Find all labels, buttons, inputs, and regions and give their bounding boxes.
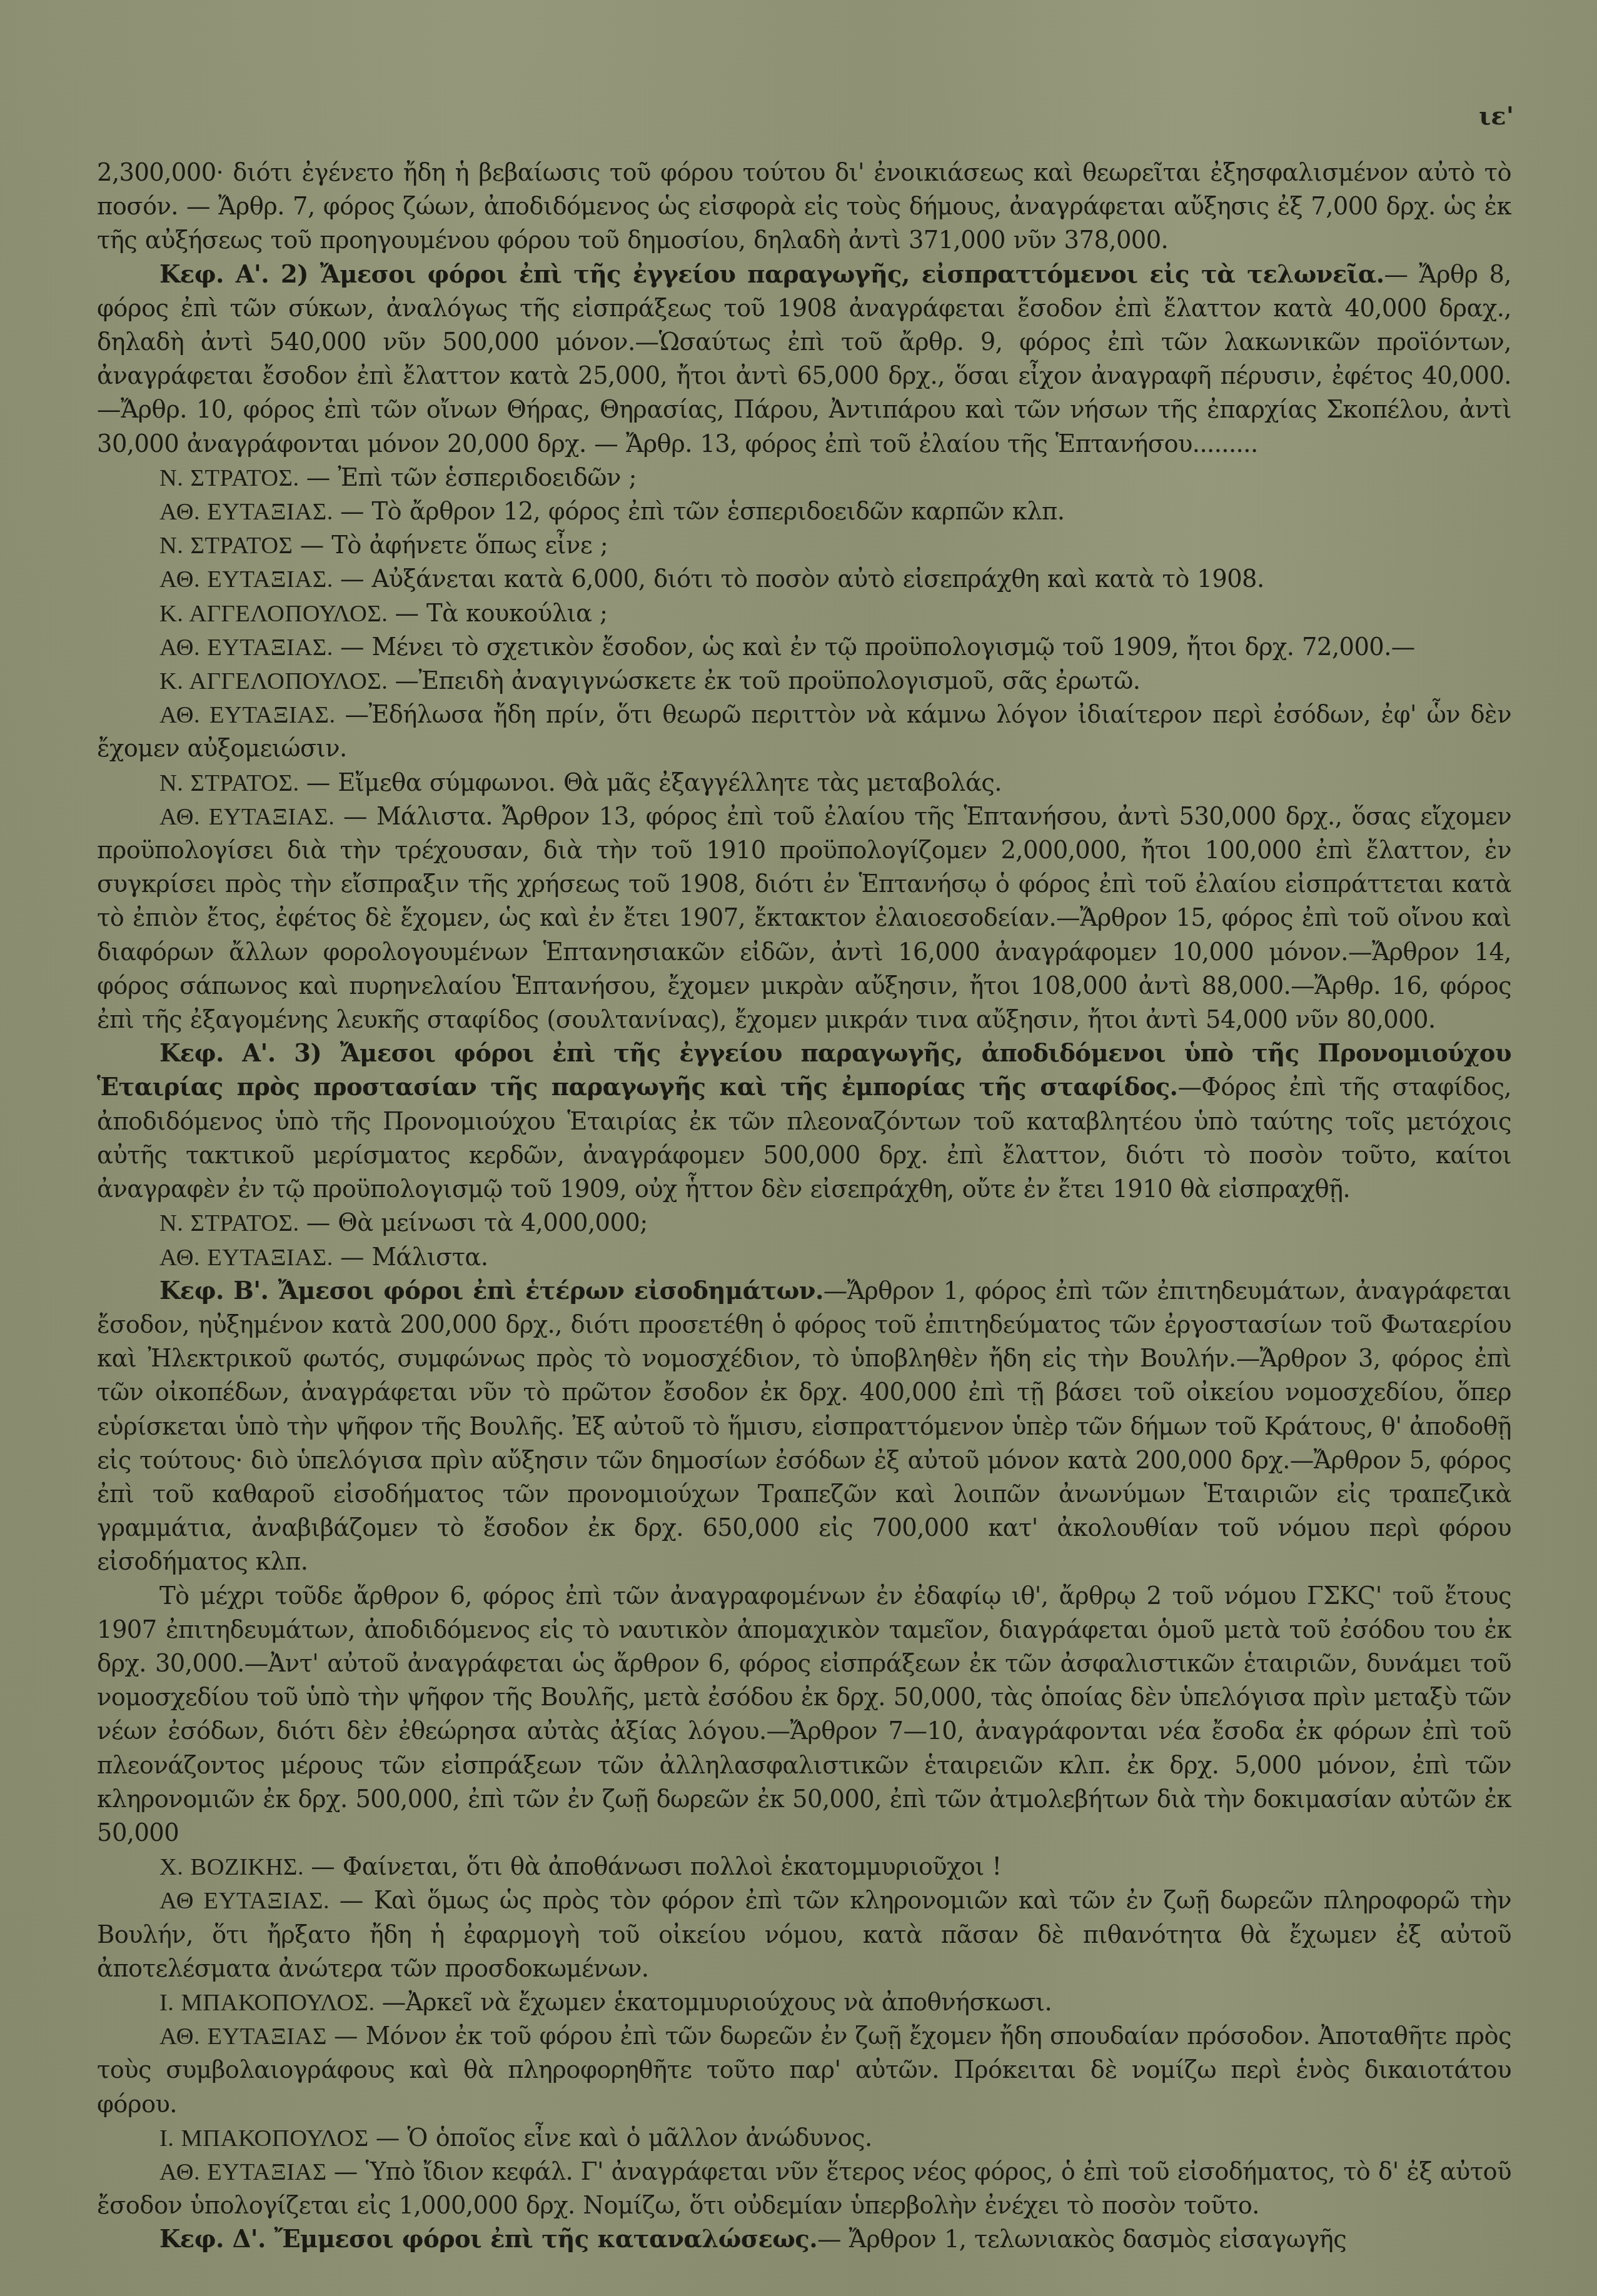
speech-paragraph: ΑΘ. ΕΥΤΑΞΙΑΣ — Μόνον ἐκ τοῦ φόρου ἐπὶ τῶ… [97,2020,1511,2122]
speech-paragraph: ΑΘ. ΕΥΤΑΞΙΑΣ. — Μάλιστα. [97,1241,1511,1275]
speech-text: — Τὸ ἄρθρον 12, φόρος ἐπὶ τῶν ἑσπεριδοει… [340,498,1065,526]
speech-text: — Ὁ ὁποῖος εἶνε καὶ ὁ μᾶλλον ἀνώδυνος. [376,2124,872,2152]
section-heading: Κεφ. Α'. 2) Ἄμεσοι φόροι ἐπὶ τῆς ἐγγείου… [159,261,1384,289]
section-paragraph: Κεφ. Β'. Ἄμεσοι φόροι ἐπὶ ἑτέρων εἰσοδημ… [97,1275,1511,1580]
speech-text: —Ἀρκεῖ νὰ ἔχωμεν ἑκατομμυριούχους νὰ ἀπο… [382,1988,1052,2017]
speech-paragraph: ΑΘ. ΕΥΤΑΞΙΑΣ. — Μένει τὸ σχετικὸν ἔσοδον… [97,631,1511,664]
speech-paragraph: Ν. ΣΤΡΑΤΟΣ. — Θὰ μείνωσι τὰ 4,000,000; [97,1206,1511,1240]
speaker-name: ΑΘ ΕΥΤΑΞΙΑΣ. [159,1888,340,1914]
speech-paragraph: Ν. ΣΤΡΑΤΟΣ. — Ἐπὶ τῶν ἑσπεριδοειδῶν ; [97,461,1511,495]
speech-paragraph: ΑΘ ΕΥΤΑΞΙΑΣ. — Καὶ ὅμως ὡς πρὸς τὸν φόρο… [97,1884,1511,1986]
speaker-name: Ι. ΜΠΑΚΟΠΟΥΛΟΣ. [159,1990,382,2016]
section-heading: Κεφ. Β'. Ἄμεσοι φόροι ἐπὶ ἑτέρων εἰσοδημ… [159,1277,824,1305]
speaker-name: Ν. ΣΤΡΑΤΟΣ. [159,1210,306,1236]
section-text: — Ἄρθρ 8, φόρος ἐπὶ τῶν σύκων, ἀναλόγως … [97,261,1511,458]
speaker-name: ΑΘ. ΕΥΤΑΞΙΑΣ [159,2159,334,2185]
speech-text: — Εἴμεθα σύμφωνοι. Θὰ μᾶς ἐξαγγέλλητε τὰ… [306,769,1002,797]
speech-text: — Ἐπὶ τῶν ἑσπεριδοειδῶν ; [306,464,637,492]
speaker-name: ΑΘ. ΕΥΤΑΞΙΑΣ [159,2023,334,2050]
speech-text: — Μάλιστα. [340,1243,488,1271]
body-paragraph: 2,300,000· διότι ἐγένετο ἤδη ἡ βεβαίωσις… [97,156,1511,258]
section-text: —Ἄρθρον 1, φόρος ἐπὶ τῶν ἐπιτηδευμάτων, … [97,1277,1511,1577]
section-text: — Ἄρθρον 1, τελωνιακὸς δασμὸς εἰσαγωγῆς [817,2225,1346,2253]
speech-paragraph: ΑΘ. ΕΥΤΑΞΙΑΣ. — Μάλιστα. Ἄρθρον 13, φόρο… [97,800,1511,1037]
speech-paragraph: Κ. ΑΓΓΕΛΟΠΟΥΛΟΣ. — Τὰ κουκούλια ; [97,597,1511,631]
speech-paragraph: ΑΘ. ΕΥΤΑΞΙΑΣ. —Ἐδήλωσα ἤδη πρίν, ὅτι θεω… [97,698,1511,766]
speaker-name: Ν. ΣΤΡΑΤΟΣ. [159,465,306,491]
speaker-name: ΑΘ. ΕΥΤΑΞΙΑΣ. [159,566,340,593]
section-paragraph: Κεφ. Α'. 2) Ἄμεσοι φόροι ἐπὶ τῆς ἐγγείου… [97,258,1511,461]
speaker-name: ΑΘ. ΕΥΤΑΞΙΑΣ. [159,499,340,525]
speaker-name: Κ. ΑΓΓΕΛΟΠΟΥΛΟΣ. [159,668,395,694]
speech-paragraph: ΑΘ. ΕΥΤΑΞΙΑΣ. — Αὐξάνεται κατὰ 6,000, δι… [97,563,1511,596]
speech-paragraph: ΑΘ. ΕΥΤΑΞΙΑΣ — Ὑπὸ ἴδιον κεφάλ. Γ' ἀναγρ… [97,2155,1511,2223]
speaker-name: ΑΘ. ΕΥΤΑΞΙΑΣ. [159,1245,340,1271]
speech-text: — Φαίνεται, ὅτι θὰ ἀποθάνωσι πολλοὶ ἑκατ… [311,1853,1001,1881]
speaker-name: Ν. ΣΤΡΑΤΟΣ. [159,770,306,796]
speech-text: — Θὰ μείνωσι τὰ 4,000,000; [306,1209,648,1237]
speech-paragraph: Ν. ΣΤΡΑΤΟΣ. — Εἴμεθα σύμφωνοι. Θὰ μᾶς ἐξ… [97,766,1511,800]
speaker-name: ΑΘ. ΕΥΤΑΞΙΑΣ. [159,634,340,661]
speaker-name: Ν. ΣΤΡΑΤΟΣ [159,533,300,559]
section-heading: Κεφ. Δ'. Ἔμμεσοι φόροι ἐπὶ τῆς καταναλώσ… [159,2225,817,2253]
speaker-name: ΑΘ. ΕΥΤΑΞΙΑΣ. [159,804,343,830]
speaker-name: ΑΘ. ΕΥΤΑΞΙΑΣ. [159,702,345,728]
speaker-name: Κ. ΑΓΓΕΛΟΠΟΥΛΟΣ. [159,601,395,627]
speech-text: —Ἐπειδὴ ἀναγιγνώσκετε ἐκ τοῦ προϋπολογισ… [395,667,1140,695]
document-body: 2,300,000· διότι ἐγένετο ἤδη ἡ βεβαίωσις… [97,156,1511,2257]
page-number: ιε' [1479,101,1514,131]
speech-text: — Μάλιστα. Ἄρθρον 13, φόρος ἐπὶ τοῦ ἐλαί… [97,803,1511,1034]
speech-paragraph: Ι. ΜΠΑΚΟΠΟΥΛΟΣ. —Ἀρκεῖ νὰ ἔχωμεν ἑκατομμ… [97,1986,1511,2020]
speech-paragraph: Ι. ΜΠΑΚΟΠΟΥΛΟΣ — Ὁ ὁποῖος εἶνε καὶ ὁ μᾶλ… [97,2122,1511,2155]
speech-text: — Αὐξάνεται κατὰ 6,000, διότι τὸ ποσὸν α… [340,565,1264,593]
speech-paragraph: Κ. ΑΓΓΕΛΟΠΟΥΛΟΣ. —Ἐπειδὴ ἀναγιγνώσκετε ἐ… [97,664,1511,698]
speech-paragraph: Χ. ΒΟΖΙΚΗΣ. — Φαίνεται, ὅτι θὰ ἀποθάνωσι… [97,1850,1511,1884]
speaker-name: Ι. ΜΠΑΚΟΠΟΥΛΟΣ [159,2125,376,2152]
speech-text: — Τὰ κουκούλια ; [395,599,607,628]
speech-text: — Μένει τὸ σχετικὸν ἔσοδον, ὡς καὶ ἐν τῷ… [340,633,1415,661]
speech-paragraph: Ν. ΣΤΡΑΤΟΣ — Τὸ ἀφήνετε ὅπως εἶνε ; [97,529,1511,563]
speech-paragraph: ΑΘ. ΕΥΤΑΞΙΑΣ. — Τὸ ἄρθρον 12, φόρος ἐπὶ … [97,495,1511,529]
section-paragraph: Κεφ. Α'. 3) Ἄμεσοι φόροι ἐπὶ τῆς ἐγγείου… [97,1037,1511,1206]
speech-text: — Τὸ ἀφήνετε ὅπως εἶνε ; [300,531,608,559]
body-paragraph: Τὸ μέχρι τοῦδε ἄρθρον 6, φόρος ἐπὶ τῶν ἀ… [97,1580,1511,1851]
section-paragraph: Κεφ. Δ'. Ἔμμεσοι φόροι ἐπὶ τῆς καταναλώσ… [97,2223,1511,2257]
speaker-name: Χ. ΒΟΖΙΚΗΣ. [159,1854,311,1880]
